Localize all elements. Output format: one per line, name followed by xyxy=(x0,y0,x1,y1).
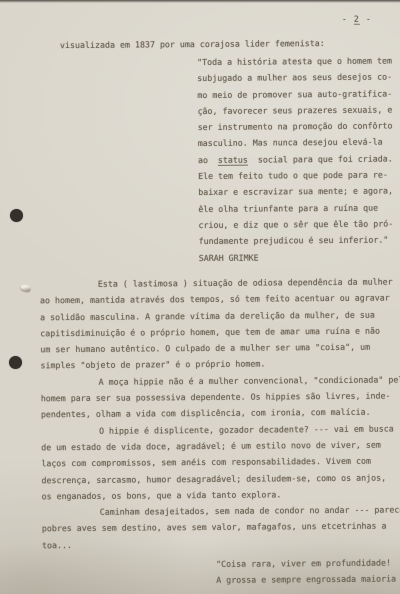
quote-attribution: SARAH GRIMKE xyxy=(199,248,399,266)
quote-lines-after: Ele tem feito tudo o que pode para re-ba… xyxy=(198,167,399,250)
paragraph-line: um ser humano autêntico. O culpado de a … xyxy=(40,339,398,358)
paragraph-3: O hippie é displicente, gozador decadent… xyxy=(41,420,400,504)
quote-line: masculino. Mas nunca desejou elevá-la xyxy=(198,134,398,152)
closing-line: "Coisa rara, viver em profundidade! xyxy=(216,554,396,572)
paragraph-4: Caminham desajeitados, sem nada de condo… xyxy=(42,502,400,554)
underlined-word: status xyxy=(218,154,248,166)
intro-line: visualizada em 1837 por uma corajosa lid… xyxy=(60,35,325,53)
closing-quote: "Coisa rara, viver em profundidade!A gro… xyxy=(216,554,396,588)
typewritten-text-layer: - 2 - visualizada em 1837 por uma corajo… xyxy=(0,0,400,594)
quote-line: criou, e diz que o sêr que êle tão pró- xyxy=(198,215,398,233)
paragraph-2: A moça hippie não é a mulher convenciona… xyxy=(41,371,399,423)
quote-underline-post: social para que foi criada. xyxy=(248,153,393,164)
quote-line: subjugado a mulher aos seus desejos co- xyxy=(197,69,397,87)
quote-line: ser instrumento na promoção do confôrto xyxy=(198,118,398,136)
quote-line: baixar e escravizar sua mente; e agora, xyxy=(198,183,398,201)
quote-line: êle olha triunfante para a ruína que xyxy=(198,199,398,217)
quote-lines-before: "Toda a história atesta que o homem tems… xyxy=(197,52,398,151)
paragraph-line: toa... xyxy=(42,534,400,553)
quote-underlined-line: ao status social para que foi criada. xyxy=(198,150,398,168)
block-quote: "Toda a história atesta que o homem tems… xyxy=(197,52,399,265)
quote-line: ção, favorecer seus prazeres sexuais, e xyxy=(197,101,397,119)
body-text: Esta ( lastimosa ) situação de odiosa de… xyxy=(40,273,400,553)
closing-line: A grossa e sempre engrossada maioria xyxy=(216,571,396,589)
page-number: - 2 - xyxy=(342,11,372,28)
paragraph-line: descrença, sarcasmo, humor desagradável;… xyxy=(41,469,399,488)
page-number-post: - xyxy=(360,14,372,24)
quote-line: Ele tem feito tudo o que pode para re- xyxy=(198,167,398,185)
quote-line: mo meio de promover sua auto-gratifica- xyxy=(197,85,397,103)
paragraph-1: Esta ( lastimosa ) situação de odiosa de… xyxy=(40,273,399,374)
quote-underline-pre: ao xyxy=(198,155,218,165)
page-number-pre: - xyxy=(342,14,354,24)
quote-line: fundamente prejudicou é seu inferior." xyxy=(198,232,398,250)
scanned-typewritten-page: - 2 - visualizada em 1837 por uma corajo… xyxy=(0,0,400,594)
quote-line: "Toda a história atesta que o homem tem xyxy=(197,52,397,70)
paragraph-line: pobres aves sem destino, aves sem valor,… xyxy=(42,518,400,537)
